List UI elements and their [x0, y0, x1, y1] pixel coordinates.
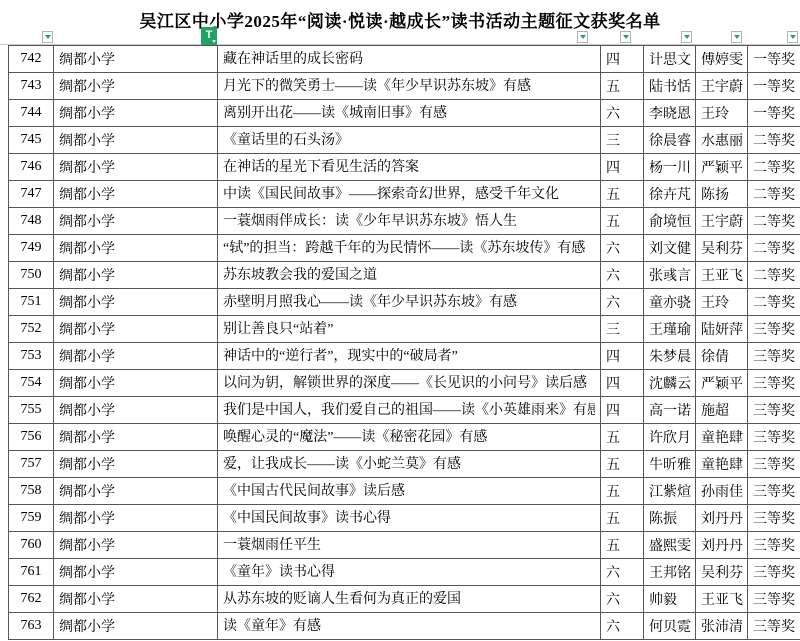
cell-teacher[interactable]: 刘丹丹: [696, 532, 748, 559]
cell-student[interactable]: 朱梦晨: [644, 343, 696, 370]
cell-school[interactable]: 绸都小学: [54, 46, 218, 73]
cell-student[interactable]: 江紫煊: [644, 478, 696, 505]
cell-row-number[interactable]: 760: [9, 532, 54, 559]
cell-award[interactable]: 一等奖: [748, 73, 800, 100]
table-row: 747 绸都小学 中读《国民间故事》——探索奇幻世界，感受千年文化 五 徐卉芃 …: [9, 181, 800, 208]
cell-award[interactable]: 三等奖: [748, 532, 800, 559]
cell-teacher[interactable]: 王宇蔚: [696, 208, 748, 235]
funnel-icon: T: [206, 30, 213, 41]
cell-teacher[interactable]: 陈扬: [696, 181, 748, 208]
cell-student[interactable]: 张彧言: [644, 262, 696, 289]
cell-award[interactable]: 二等奖: [748, 262, 800, 289]
awards-table: 742 绸都小学 藏在神话里的成长密码 四 计思文 傅婷雯 一等奖 743 绸都…: [8, 45, 800, 640]
cell-award[interactable]: 三等奖: [748, 397, 800, 424]
filter-triangle-icon: [790, 35, 796, 39]
table-row: 746 绸都小学 在神话的星光下看见生活的答案 四 杨一川 严颖平 二等奖: [9, 154, 800, 181]
cell-essay-title[interactable]: 赤壁明月照我心——读《年少早识苏东坡》有感: [218, 289, 601, 316]
table-row: 748 绸都小学 一蓑烟雨伴成长：读《少年早识苏东坡》悟人生 五 俞境恒 王宇蔚…: [9, 208, 800, 235]
cell-student[interactable]: 陈振: [644, 505, 696, 532]
cell-student[interactable]: 牛昕雅: [644, 451, 696, 478]
filter-triangle-icon: [580, 35, 586, 39]
cell-grade[interactable]: 六: [601, 262, 644, 289]
table-row: 751 绸都小学 赤壁明月照我心——读《年少早识苏东坡》有感 六 童亦骁 王玲 …: [9, 289, 800, 316]
table-row: 759 绸都小学 《中国民间故事》读书心得 五 陈振 刘丹丹 三等奖: [9, 505, 800, 532]
essay-title-text: 读《童年》有感: [223, 617, 595, 636]
chevron-down-icon: [212, 40, 216, 43]
table-row: 750 绸都小学 苏东坡教会我的爱国之道 六 张彧言 王亚飞 二等奖: [9, 262, 800, 289]
essay-title-text: 以问为钥，解锁世界的深度——《长见识的小问号》读后感: [223, 374, 595, 393]
cell-teacher[interactable]: 严颖平: [696, 370, 748, 397]
cell-school[interactable]: 绸都小学: [54, 397, 218, 424]
cell-essay-title[interactable]: 离别开出花——读《城南旧事》有感: [218, 100, 601, 127]
cell-school[interactable]: 绸都小学: [54, 370, 218, 397]
cell-grade[interactable]: 五: [601, 181, 644, 208]
essay-title-text: 《中国民间故事》读书心得: [223, 509, 595, 528]
cell-student[interactable]: 陆书恬: [644, 73, 696, 100]
table-row: 755 绸都小学 我们是中国人，我们爱自己的祖国——读《小英雄雨来》有感 四 高…: [9, 397, 800, 424]
cell-student[interactable]: 王瑾瑜: [644, 316, 696, 343]
cell-school[interactable]: 绸都小学: [54, 235, 218, 262]
cell-essay-title[interactable]: 一蓑烟雨伴成长：读《少年早识苏东坡》悟人生: [218, 208, 601, 235]
filter-triangle-icon: [623, 35, 629, 39]
cell-row-number[interactable]: 749: [9, 235, 54, 262]
cell-essay-title[interactable]: 藏在神话里的成长密码: [218, 46, 601, 73]
essay-title-text: 我们是中国人，我们爱自己的祖国——读《小英雄雨来》有感: [223, 401, 595, 420]
table-row: 756 绸都小学 唤醒心灵的“魔法”——读《秘密花园》有感 五 许欣月 童艳肆 …: [9, 424, 800, 451]
cell-school[interactable]: 绸都小学: [54, 505, 218, 532]
filter-dropdown-icon-col-teacher[interactable]: [731, 31, 742, 43]
sheet-title[interactable]: 吴江区中小学2025年“阅读·悦读·越成长”读书活动主题征文获奖名单: [0, 0, 800, 32]
cell-row-number[interactable]: 757: [9, 451, 54, 478]
cell-row-number[interactable]: 756: [9, 424, 54, 451]
cell-award[interactable]: 三等奖: [748, 424, 800, 451]
cell-school[interactable]: 绸都小学: [54, 73, 218, 100]
cell-student[interactable]: 李晓恩: [644, 100, 696, 127]
essay-title-text: 月光下的微笑勇士——读《年少早识苏东坡》有感: [223, 77, 595, 96]
table-row: 758 绸都小学 《中国古代民间故事》读后感 五 江紫煊 孙雨佳 三等奖: [9, 478, 800, 505]
cell-teacher[interactable]: 吴利芬: [696, 235, 748, 262]
cell-grade[interactable]: 四: [601, 397, 644, 424]
cell-school[interactable]: 绸都小学: [54, 343, 218, 370]
cell-school[interactable]: 绸都小学: [54, 262, 218, 289]
cell-row-number[interactable]: 751: [9, 289, 54, 316]
cell-essay-title[interactable]: 神话中的“逆行者”，现实中的“破局者”: [218, 343, 601, 370]
cell-student[interactable]: 沈麟云: [644, 370, 696, 397]
cell-essay-title[interactable]: “轼”的担当：跨越千年的为民情怀——读《苏东坡传》有感: [218, 235, 601, 262]
essay-title-text: 苏东坡教会我的爱国之道: [223, 266, 595, 285]
cell-student[interactable]: 徐卉芃: [644, 181, 696, 208]
cell-teacher[interactable]: 王亚飞: [696, 586, 748, 613]
cell-grade[interactable]: 三: [601, 127, 644, 154]
cell-grade[interactable]: 四: [601, 370, 644, 397]
cell-school[interactable]: 绸都小学: [54, 532, 218, 559]
cell-teacher[interactable]: 吴利芬: [696, 559, 748, 586]
essay-title-text: 从苏东坡的贬谪人生看何为真正的爱国: [223, 590, 595, 609]
essay-title-text: “轼”的担当：跨越千年的为民情怀——读《苏东坡传》有感: [223, 239, 595, 258]
cell-school[interactable]: 绸都小学: [54, 586, 218, 613]
table-row: 742 绸都小学 藏在神话里的成长密码 四 计思文 傅婷雯 一等奖: [9, 46, 800, 73]
cell-grade[interactable]: 六: [601, 613, 644, 640]
cell-award[interactable]: 二等奖: [748, 181, 800, 208]
essay-title-text: 中读《国民间故事》——探索奇幻世界，感受千年文化: [223, 185, 595, 204]
filter-triangle-icon: [734, 35, 740, 39]
cell-teacher[interactable]: 王玲: [696, 289, 748, 316]
cell-award[interactable]: 二等奖: [748, 127, 800, 154]
cell-grade[interactable]: 四: [601, 343, 644, 370]
cell-school[interactable]: 绸都小学: [54, 208, 218, 235]
cell-essay-title[interactable]: 唤醒心灵的“魔法”——读《秘密花园》有感: [218, 424, 601, 451]
cell-essay-title[interactable]: 爱，让我成长——读《小蛇兰莫》有感: [218, 451, 601, 478]
table-row: 761 绸都小学 《童年》读书心得 六 王邦铭 吴利芬 三等奖: [9, 559, 800, 586]
cell-school[interactable]: 绸都小学: [54, 478, 218, 505]
table-row: 762 绸都小学 从苏东坡的贬谪人生看何为真正的爱国 六 帅毅 王亚飞 三等奖: [9, 586, 800, 613]
cell-school[interactable]: 绸都小学: [54, 316, 218, 343]
essay-title-text: 一蓑烟雨伴成长：读《少年早识苏东坡》悟人生: [223, 212, 595, 231]
cell-student[interactable]: 童亦骁: [644, 289, 696, 316]
cell-teacher[interactable]: 童艳肆: [696, 451, 748, 478]
cell-row-number[interactable]: 754: [9, 370, 54, 397]
cell-grade[interactable]: 五: [601, 73, 644, 100]
cell-row-number[interactable]: 758: [9, 478, 54, 505]
cell-grade[interactable]: 四: [601, 46, 644, 73]
cell-student[interactable]: 刘文健: [644, 235, 696, 262]
filter-dropdown-icon-col-grade[interactable]: [620, 31, 631, 43]
cell-grade[interactable]: 六: [601, 235, 644, 262]
cell-award[interactable]: 三等奖: [748, 370, 800, 397]
cell-grade[interactable]: 六: [601, 100, 644, 127]
cell-award[interactable]: 三等奖: [748, 505, 800, 532]
cell-award[interactable]: 三等奖: [748, 343, 800, 370]
essay-title-text: 一蓑烟雨任平生: [223, 536, 595, 555]
cell-award[interactable]: 三等奖: [748, 586, 800, 613]
cell-row-number[interactable]: 755: [9, 397, 54, 424]
cell-essay-title[interactable]: 在神话的星光下看见生活的答案: [218, 154, 601, 181]
cell-row-number[interactable]: 762: [9, 586, 54, 613]
filter-dropdown-icon-col-student[interactable]: [681, 31, 692, 43]
cell-award[interactable]: 二等奖: [748, 208, 800, 235]
table-body: 742 绸都小学 藏在神话里的成长密码 四 计思文 傅婷雯 一等奖 743 绸都…: [9, 46, 800, 640]
table-row: 753 绸都小学 神话中的“逆行者”，现实中的“破局者” 四 朱梦晨 徐倩 三等…: [9, 343, 800, 370]
cell-grade[interactable]: 六: [601, 289, 644, 316]
cell-teacher[interactable]: 施超: [696, 397, 748, 424]
cell-teacher[interactable]: 严颖平: [696, 154, 748, 181]
filter-dropdown-icon-col-award[interactable]: [787, 31, 798, 43]
cell-grade[interactable]: 六: [601, 559, 644, 586]
active-filter-icon-col-school[interactable]: T: [201, 27, 217, 45]
cell-essay-title[interactable]: 我们是中国人，我们爱自己的祖国——读《小英雄雨来》有感: [218, 397, 601, 424]
cell-row-number[interactable]: 743: [9, 73, 54, 100]
essay-title-text: 别让善良只“站着”: [223, 320, 595, 339]
table-row: 752 绸都小学 别让善良只“站着” 三 王瑾瑜 陆妍萍 三等奖: [9, 316, 800, 343]
cell-teacher[interactable]: 王玲: [696, 100, 748, 127]
essay-title-text: 唤醒心灵的“魔法”——读《秘密花园》有感: [223, 428, 595, 447]
cell-grade[interactable]: 三: [601, 316, 644, 343]
cell-school[interactable]: 绸都小学: [54, 127, 218, 154]
cell-student[interactable]: 徐晨睿: [644, 127, 696, 154]
cell-grade[interactable]: 五: [601, 532, 644, 559]
cell-school[interactable]: 绸都小学: [54, 424, 218, 451]
cell-row-number[interactable]: 748: [9, 208, 54, 235]
cell-student[interactable]: 计思文: [644, 46, 696, 73]
cell-student[interactable]: 俞境恒: [644, 208, 696, 235]
essay-title-text: 《中国古代民间故事》读后感: [223, 482, 595, 501]
cell-student[interactable]: 杨一川: [644, 154, 696, 181]
table-row: 744 绸都小学 离别开出花——读《城南旧事》有感 六 李晓恩 王玲 一等奖: [9, 100, 800, 127]
essay-title-text: 离别开出花——读《城南旧事》有感: [223, 104, 595, 123]
cell-essay-title[interactable]: 一蓑烟雨任平生: [218, 532, 601, 559]
cell-award[interactable]: 三等奖: [748, 478, 800, 505]
cell-student[interactable]: 何贝霓: [644, 613, 696, 640]
cell-teacher[interactable]: 孙雨佳: [696, 478, 748, 505]
cell-school[interactable]: 绸都小学: [54, 181, 218, 208]
cell-school[interactable]: 绸都小学: [54, 289, 218, 316]
filter-dropdown-icon-col-title[interactable]: [577, 31, 588, 43]
cell-row-number[interactable]: 742: [9, 46, 54, 73]
cell-award[interactable]: 三等奖: [748, 451, 800, 478]
essay-title-text: 神话中的“逆行者”，现实中的“破局者”: [223, 347, 595, 366]
cell-student[interactable]: 盛熙雯: [644, 532, 696, 559]
table-row: 745 绸都小学 《童话里的石头汤》 三 徐晨睿 水惠丽 二等奖: [9, 127, 800, 154]
cell-school[interactable]: 绸都小学: [54, 100, 218, 127]
cell-grade[interactable]: 五: [601, 505, 644, 532]
cell-grade[interactable]: 五: [601, 478, 644, 505]
cell-grade[interactable]: 五: [601, 424, 644, 451]
cell-award[interactable]: 三等奖: [748, 613, 800, 640]
cell-essay-title[interactable]: 《童话里的石头汤》: [218, 127, 601, 154]
cell-row-number[interactable]: 750: [9, 262, 54, 289]
table-row: 754 绸都小学 以问为钥，解锁世界的深度——《长见识的小问号》读后感 四 沈麟…: [9, 370, 800, 397]
cell-row-number[interactable]: 753: [9, 343, 54, 370]
cell-student[interactable]: 许欣月: [644, 424, 696, 451]
table-row: 743 绸都小学 月光下的微笑勇士——读《年少早识苏东坡》有感 五 陆书恬 王宇…: [9, 73, 800, 100]
cell-school[interactable]: 绸都小学: [54, 451, 218, 478]
filter-triangle-icon: [684, 35, 690, 39]
cell-grade[interactable]: 四: [601, 154, 644, 181]
cell-essay-title[interactable]: 《童年》读书心得: [218, 559, 601, 586]
table-row: 763 绸都小学 读《童年》有感 六 何贝霓 张沛清 三等奖: [9, 613, 800, 640]
cell-row-number[interactable]: 747: [9, 181, 54, 208]
cell-essay-title[interactable]: 苏东坡教会我的爱国之道: [218, 262, 601, 289]
cell-teacher[interactable]: 王宇蔚: [696, 73, 748, 100]
cell-row-number[interactable]: 746: [9, 154, 54, 181]
filter-dropdown-icon-col-no[interactable]: [42, 31, 53, 43]
cell-grade[interactable]: 六: [601, 586, 644, 613]
cell-teacher[interactable]: 水惠丽: [696, 127, 748, 154]
table-row: 757 绸都小学 爱，让我成长——读《小蛇兰莫》有感 五 牛昕雅 童艳肆 三等奖: [9, 451, 800, 478]
cell-essay-title[interactable]: 从苏东坡的贬谪人生看何为真正的爱国: [218, 586, 601, 613]
cell-award[interactable]: 三等奖: [748, 316, 800, 343]
cell-essay-title[interactable]: 以问为钥，解锁世界的深度——《长见识的小问号》读后感: [218, 370, 601, 397]
cell-award[interactable]: 一等奖: [748, 100, 800, 127]
cell-school[interactable]: 绸都小学: [54, 559, 218, 586]
cell-row-number[interactable]: 744: [9, 100, 54, 127]
cell-student[interactable]: 帅毅: [644, 586, 696, 613]
cell-teacher[interactable]: 王亚飞: [696, 262, 748, 289]
cell-school[interactable]: 绸都小学: [54, 154, 218, 181]
cell-award[interactable]: 一等奖: [748, 46, 800, 73]
cell-essay-title[interactable]: 月光下的微笑勇士——读《年少早识苏东坡》有感: [218, 73, 601, 100]
cell-essay-title[interactable]: 《中国古代民间故事》读后感: [218, 478, 601, 505]
cell-essay-title[interactable]: 读《童年》有感: [218, 613, 601, 640]
essay-title-text: 在神话的星光下看见生活的答案: [223, 158, 595, 177]
cell-award[interactable]: 二等奖: [748, 154, 800, 181]
cell-award[interactable]: 三等奖: [748, 559, 800, 586]
cell-award[interactable]: 二等奖: [748, 289, 800, 316]
cell-row-number[interactable]: 745: [9, 127, 54, 154]
cell-student[interactable]: 王邦铭: [644, 559, 696, 586]
essay-title-text: 爱，让我成长——读《小蛇兰莫》有感: [223, 455, 595, 474]
table-row: 760 绸都小学 一蓑烟雨任平生 五 盛熙雯 刘丹丹 三等奖: [9, 532, 800, 559]
cell-teacher[interactable]: 傅婷雯: [696, 46, 748, 73]
cell-row-number[interactable]: 763: [9, 613, 54, 640]
cell-essay-title[interactable]: 中读《国民间故事》——探索奇幻世界，感受千年文化: [218, 181, 601, 208]
essay-title-text: 赤壁明月照我心——读《年少早识苏东坡》有感: [223, 293, 595, 312]
cell-school[interactable]: 绸都小学: [54, 613, 218, 640]
cell-row-number[interactable]: 761: [9, 559, 54, 586]
cell-grade[interactable]: 五: [601, 451, 644, 478]
table-row: 749 绸都小学 “轼”的担当：跨越千年的为民情怀——读《苏东坡传》有感 六 刘…: [9, 235, 800, 262]
cell-row-number[interactable]: 759: [9, 505, 54, 532]
cell-teacher[interactable]: 刘丹丹: [696, 505, 748, 532]
cell-essay-title[interactable]: 别让善良只“站着”: [218, 316, 601, 343]
cell-grade[interactable]: 五: [601, 208, 644, 235]
essay-title-text: 《童年》读书心得: [223, 563, 595, 582]
filter-triangle-icon: [45, 35, 51, 39]
essay-title-text: 藏在神话里的成长密码: [223, 50, 595, 69]
cell-award[interactable]: 二等奖: [748, 235, 800, 262]
cell-teacher[interactable]: 徐倩: [696, 343, 748, 370]
cell-teacher[interactable]: 童艳肆: [696, 424, 748, 451]
cell-row-number[interactable]: 752: [9, 316, 54, 343]
cell-teacher[interactable]: 张沛清: [696, 613, 748, 640]
cell-teacher[interactable]: 陆妍萍: [696, 316, 748, 343]
cell-student[interactable]: 高一诺: [644, 397, 696, 424]
cell-essay-title[interactable]: 《中国民间故事》读书心得: [218, 505, 601, 532]
essay-title-text: 《童话里的石头汤》: [223, 131, 595, 150]
sheet-header: 吴江区中小学2025年“阅读·悦读·越成长”读书活动主题征文获奖名单 T: [0, 0, 800, 45]
